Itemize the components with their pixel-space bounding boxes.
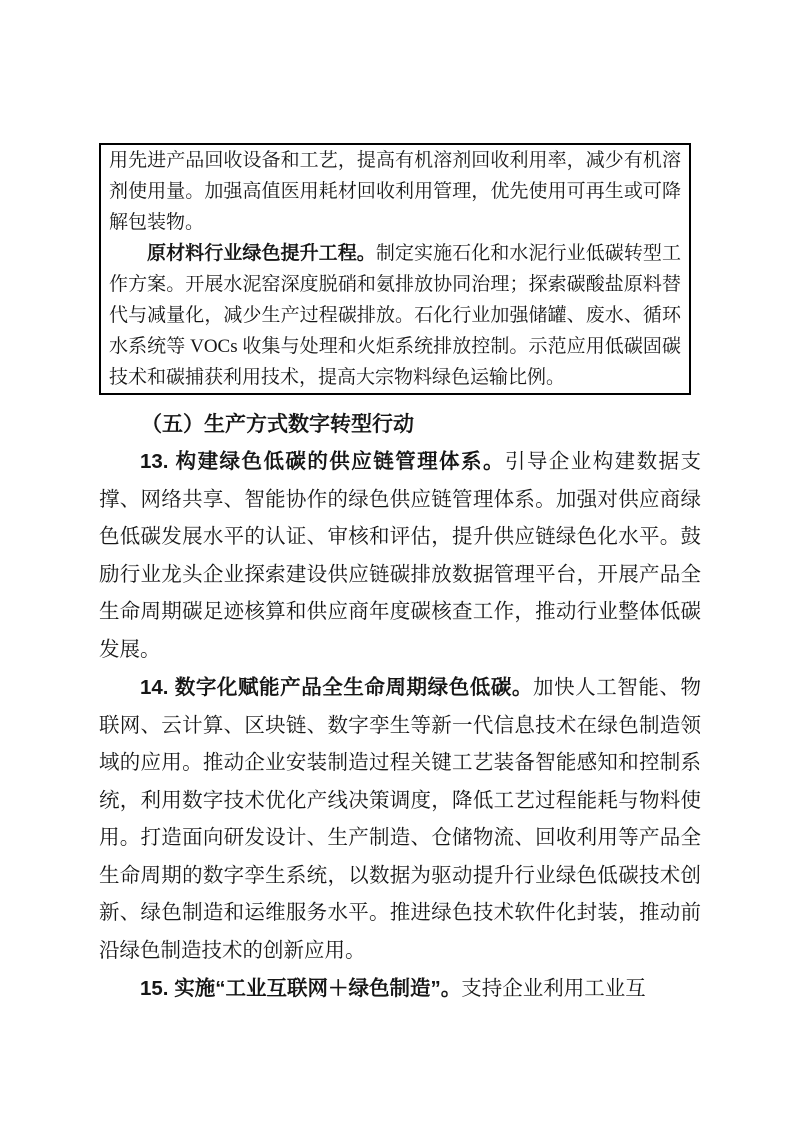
box-paragraph-raw-materials: 原材料行业绿色提升工程。制定实施石化和水泥行业低碳转型工作方案。开展水泥窑深度脱…	[109, 238, 681, 393]
paragraph-14-text: 加快人工智能、物联网、云计算、区块链、数字孪生等新一代信息技术在绿色制造领域的应…	[99, 677, 701, 962]
box-paragraph-continuation: 用先进产品回收设备和工艺，提高有机溶剂回收利用率，减少有机溶剂使用量。加强高值医…	[109, 145, 681, 238]
document-page: 用先进产品回收设备和工艺，提高有机溶剂回收利用率，减少有机溶剂使用量。加强高值医…	[0, 0, 793, 1122]
box-paragraph-lead: 原材料行业绿色提升工程。	[147, 243, 376, 264]
paragraph-15: 15. 实施“工业互联网＋绿色制造”。支持企业利用工业互	[99, 970, 701, 1009]
section-heading: （五）生产方式数字转型行动	[99, 405, 701, 443]
document-content: 用先进产品回收设备和工艺，提高有机溶剂回收利用率，减少有机溶剂使用量。加强高值医…	[99, 143, 701, 1009]
paragraph-15-text: 支持企业利用工业互	[461, 978, 646, 1000]
paragraph-13-lead: 13. 构建绿色低碳的供应链管理体系。	[140, 450, 505, 473]
paragraph-13-text: 引导企业构建数据支撑、网络共享、智能协作的绿色供应链管理体系。加强对供应商绿色低…	[99, 451, 701, 661]
paragraph-15-lead: 15. 实施“工业互联网＋绿色制造”。	[140, 977, 461, 1000]
paragraph-14-lead: 14. 数字化赋能产品全生命周期绿色低碳。	[140, 676, 533, 699]
boxed-text-block: 用先进产品回收设备和工艺，提高有机溶剂回收利用率，减少有机溶剂使用量。加强高值医…	[99, 143, 691, 395]
box-paragraph-text: 制定实施石化和水泥行业低碳转型工作方案。开展水泥窑深度脱硝和氨排放协同治理；探索…	[109, 243, 681, 388]
paragraph-13: 13. 构建绿色低碳的供应链管理体系。引导企业构建数据支撑、网络共享、智能协作的…	[99, 443, 701, 669]
paragraph-14: 14. 数字化赋能产品全生命周期绿色低碳。加快人工智能、物联网、云计算、区块链、…	[99, 669, 701, 970]
box-paragraph-text: 用先进产品回收设备和工艺，提高有机溶剂回收利用率，减少有机溶剂使用量。加强高值医…	[109, 150, 681, 233]
